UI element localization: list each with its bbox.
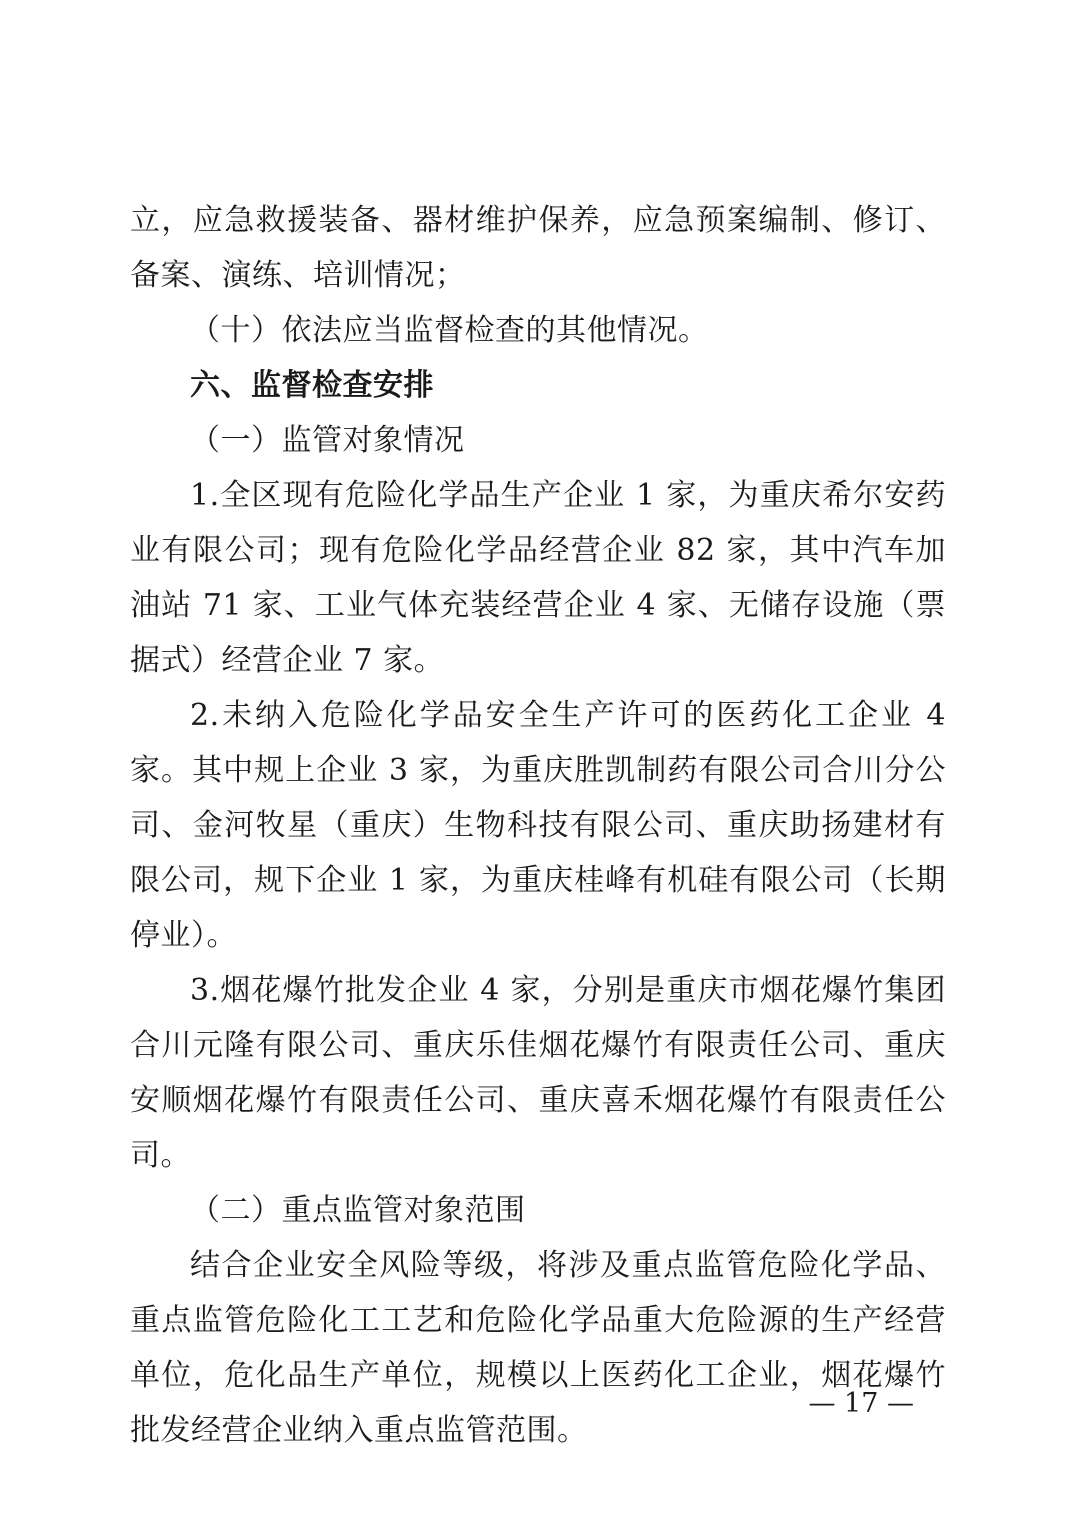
body-paragraph: （十）依法应当监督检查的其他情况。 [130, 303, 946, 358]
document-body: 立，应急救援装备、器材维护保养，应急预案编制、修订、备案、演练、培训情况；（十）… [130, 193, 946, 1458]
body-paragraph: 2.未纳入危险化学品安全生产许可的医药化工企业 4 家。其中规上企业 3 家，为… [130, 688, 946, 963]
document-page: 立，应急救援装备、器材维护保养，应急预案编制、修订、备案、演练、培训情况；（十）… [0, 0, 1074, 1520]
body-paragraph: 结合企业安全风险等级，将涉及重点监管危险化学品、重点监管危险化工工艺和危险化学品… [130, 1238, 946, 1458]
subsection-heading: （二）重点监管对象范围 [130, 1183, 946, 1238]
section-heading: 六、监督检查安排 [130, 358, 946, 413]
subsection-heading: （一）监管对象情况 [130, 413, 946, 468]
body-paragraph: 立，应急救援装备、器材维护保养，应急预案编制、修订、备案、演练、培训情况； [130, 193, 946, 303]
body-paragraph: 1.全区现有危险化学品生产企业 1 家，为重庆希尔安药业有限公司；现有危险化学品… [130, 468, 946, 688]
body-paragraph: 3.烟花爆竹批发企业 4 家，分别是重庆市烟花爆竹集团合川元隆有限公司、重庆乐佳… [130, 963, 946, 1183]
page-footer: — 17 — [808, 1388, 914, 1420]
page-number: — 17 — [808, 1388, 914, 1419]
